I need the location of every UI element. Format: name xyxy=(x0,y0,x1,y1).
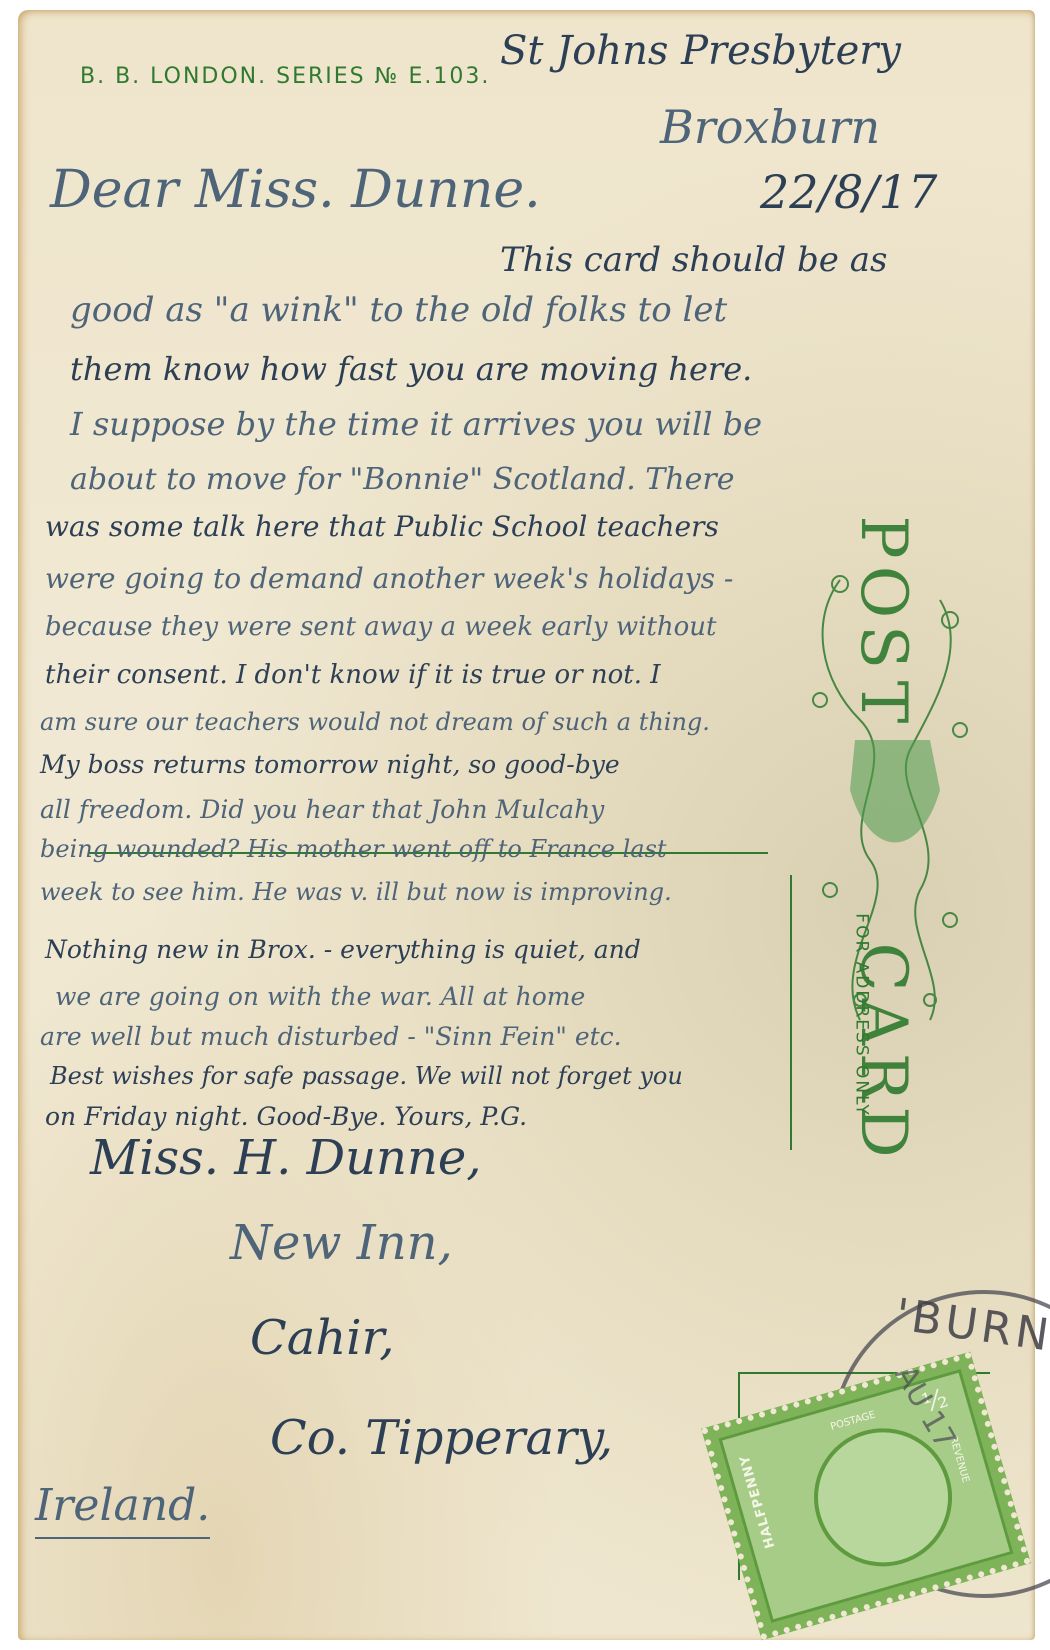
letter-line: because they were sent away a week early… xyxy=(45,612,717,642)
letter-line: Nothing new in Brox. - everything is qui… xyxy=(45,935,641,964)
return-address-line-1: St Johns Presbytery xyxy=(500,28,901,74)
letter-line: on Friday night. Good-Bye. Yours, P.G. xyxy=(45,1102,527,1131)
ornament-icon xyxy=(800,560,980,1040)
letter-line: week to see him. He was v. ill but now i… xyxy=(40,878,672,906)
letter-line: Best wishes for safe passage. We will no… xyxy=(50,1062,683,1090)
letter-line: am sure our teachers would not dream of … xyxy=(40,708,710,736)
salutation: Dear Miss. Dunne. xyxy=(50,160,541,220)
letter-line: being wounded? His mother went off to Fr… xyxy=(40,835,667,863)
stamp-halfpenny-text: HALFPENNY xyxy=(737,1453,778,1550)
letter-line: about to move for "Bonnie" Scotland. The… xyxy=(70,462,734,497)
letter-line: My boss returns tomorrow night, so good-… xyxy=(40,750,620,779)
series-header: B. B. LONDON. SERIES № E.103. xyxy=(80,64,490,89)
address-country: Ireland. xyxy=(35,1480,210,1539)
address-line: Co. Tipperary, xyxy=(270,1410,613,1466)
address-line: Cahir, xyxy=(250,1310,395,1366)
letter-date: 22/8/17 xyxy=(760,165,937,219)
address-line: Miss. H. Dunne, xyxy=(90,1130,482,1186)
letter-line: good as "a wink" to the old folks to let xyxy=(70,290,727,330)
letter-line: them know how fast you are moving here. xyxy=(70,350,752,388)
letter-line: are well but much disturbed - "Sinn Fein… xyxy=(40,1022,622,1051)
return-address-line-2: Broxburn xyxy=(660,100,880,154)
address-divider-vertical xyxy=(790,875,792,1150)
letter-line: was some talk here that Public School te… xyxy=(45,510,719,543)
letter-line: This card should be as xyxy=(500,240,887,280)
letter-line: we are going on with the war. All at hom… xyxy=(55,982,585,1011)
for-address-only-label: FOR ADDRESS ONLY xyxy=(852,913,872,1116)
letter-line: were going to demand another week's holi… xyxy=(45,562,733,595)
letter-line: their consent. I don't know if it is tru… xyxy=(45,660,661,690)
address-line: New Inn, xyxy=(230,1215,453,1271)
letter-line: all freedom. Did you hear that John Mulc… xyxy=(40,795,604,824)
letter-line: I suppose by the time it arrives you wil… xyxy=(70,405,762,443)
